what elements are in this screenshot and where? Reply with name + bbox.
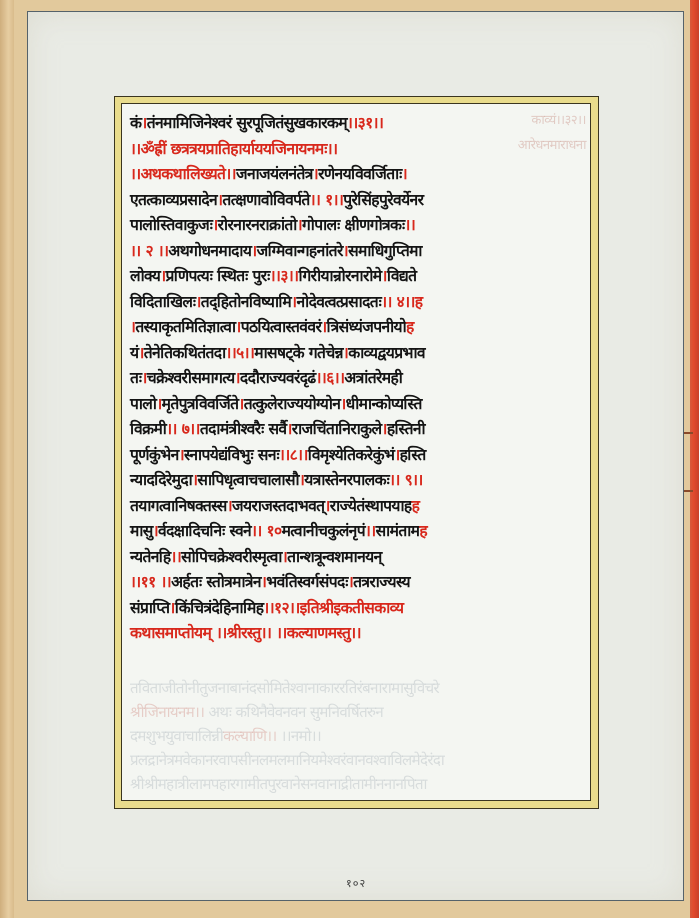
red-page-edge: [690, 0, 699, 918]
rubric-segment: ।।३१।।: [347, 114, 383, 132]
text-segment: स्नापयेद्यंविभुः सनः: [184, 446, 279, 464]
text-segment: भवंतिस्वर्गसंपदः: [266, 573, 348, 591]
showthrough-line: श्रीश्रीमहात्रीलामपहारगामीतपुरवानेसनवाना…: [130, 772, 584, 796]
showthrough-segment: दमशुभयुवाचालिन्नी: [130, 727, 223, 745]
rubric-segment: ।।११ ।।: [130, 573, 171, 591]
rubric-segment: ।।कल्याणमस्तु।।: [276, 624, 361, 642]
manuscript-text: कं।तंनमामिजिनेश्वरं सुरपूजितंसुखकारकम्।।…: [130, 111, 584, 647]
text-line: पूर्णकुंभेन।स्नापयेद्यंविभुः सनः।।८।।विम…: [130, 443, 584, 469]
showthrough-segment: श्रीजिनायनम।।: [130, 703, 204, 721]
rubric-segment: ।।१२।।: [263, 599, 299, 617]
text-line: मासु।र्वदक्षादिचनिः स्वने।। १०मत्वानीचकु…: [130, 519, 584, 545]
text-segment: जग्मिवान्गहनांतरे: [257, 242, 343, 260]
text-segment: समाधिगुप्तिमा: [348, 242, 422, 260]
rubric-segment: ।।: [405, 216, 416, 234]
text-segment: धीमान्कोप्यस्ति: [346, 395, 422, 413]
text-segment: सापिधृत्वाचचालासौ: [197, 471, 299, 489]
rubric-segment: ।। १०: [251, 522, 281, 540]
showthrough-line: दमशुभयुवाचालिन्नीकल्याणि।। ।।नमो।।: [130, 724, 584, 748]
text-segment: गोपालः क्षीणगोत्रकः: [302, 216, 405, 234]
text-segment: सोपिचक्रेश्वरीस्मृत्वा: [181, 548, 282, 566]
text-line: ।। २ ।।अथगोधनमादाय।जग्मिवान्गहनांतरे।समा…: [130, 239, 584, 265]
text-panel-frame: काव्यं।।३२।। आरेधनमाराधना कं।तंनमामिजिने…: [114, 96, 599, 809]
text-line: न्यतेनहि।।सोपिचक्रेश्वरीस्मृत्वा।तान्शत्…: [130, 545, 584, 571]
showthrough-text: तविताजीतोनीतुजनाबानंदसोमितेश्वानाकाररतिर…: [130, 676, 584, 796]
showthrough-line: प्रलद्रानेत्रमवेकानरवापसीनलमलमानियमेश्वर…: [130, 748, 584, 772]
text-panel: काव्यं।।३२।। आरेधनमाराधना कं।तंनमामिजिने…: [121, 103, 591, 801]
text-line: न्याददिरेमुदा।सापिधृत्वाचचालासौ।यत्रास्त…: [130, 468, 584, 494]
showthrough-segment: श्रीश्रीमहात्रीलामपहारगामीतपुरवानेसनवाना…: [130, 775, 427, 793]
rubric-segment: ।।८।।: [279, 446, 308, 464]
rubric-segment: इतिश्रीइकतीसकाव्य: [300, 599, 404, 617]
text-line: लोक्य।प्रणिपत्यः स्थितः पुरः।।३।।गिरीयान…: [130, 264, 584, 290]
text-segment: राज्येतंस्थापयाह: [330, 497, 412, 515]
rubric-segment: ।। ७।।: [166, 420, 200, 438]
rubric-segment: ह: [412, 497, 420, 515]
text-segment: काव्यद्वयप्रभाव: [348, 344, 425, 362]
text-segment: नोदेवत्वत्प्रसादतः: [296, 293, 381, 311]
text-segment: किंचित्रंदेहिनामिह: [175, 599, 264, 617]
rubric-segment: ह: [419, 522, 427, 540]
text-segment: ददौराज्यवरंदृढं: [240, 369, 316, 387]
text-segment: रोरनारनराक्रांतो: [218, 216, 297, 234]
text-segment: मासषट्के गतेचेन्न: [254, 344, 343, 362]
rubric-segment: ।।अथकथालिख्यते।।: [130, 165, 236, 183]
text-line: एतत्काव्यप्रसादेन।तत्क्षणावोविवर्पते।। १…: [130, 188, 584, 214]
text-segment: हस्तिनी: [387, 420, 425, 438]
text-line: विक्रमी।। ७।।तदामंत्रीश्वरैः सर्वै।राजचि…: [130, 417, 584, 443]
showthrough-segment: ।।नमो।।: [277, 727, 322, 745]
text-line: तः।चक्रेश्वरीसमागत्य।ददौराज्यवरंदृढं।।६।…: [130, 366, 584, 392]
text-segment: मृतेपुत्रविवर्जिते: [162, 395, 239, 413]
rubric-segment: ।। ९।।: [389, 471, 423, 489]
text-segment: गिरीयान्रोरनारोमे: [298, 267, 381, 285]
text-segment: जयराजस्तदाभवत्: [232, 497, 324, 515]
text-segment: तत्क्षणावोविवर्पते: [222, 191, 309, 209]
text-segment: राजचिंतानिराकुले: [292, 420, 382, 438]
rubric-segment: ।।: [171, 548, 182, 566]
text-segment: विमृश्येतिकरेकुंभं: [308, 446, 395, 464]
text-segment: र्वदक्षादिचनिः स्वने: [158, 522, 251, 540]
showthrough-line: तविताजीतोनीतुजनाबानंदसोमितेश्वानाकाररतिर…: [130, 676, 584, 700]
text-segment: अर्हतः स्तोत्रमात्रेन: [171, 573, 261, 591]
rubric-segment: ।। ४।।ह: [381, 293, 422, 311]
text-segment: न्यतेनहि: [130, 548, 171, 566]
text-segment: पूर्णकुंभेन: [130, 446, 179, 464]
text-segment: तद्हितोनविष्यामि: [201, 293, 291, 311]
showthrough-segment: अथः कथिनैवेवनवन सुमनिवर्षितरुन: [204, 703, 383, 721]
text-segment: तान्शत्रून्वशमानयन्: [287, 548, 381, 566]
text-line: ।।अथकथालिख्यते।।जनाजयंलनंतेत्र।रणेनयविवर…: [130, 162, 584, 188]
binding-thread-mark: [683, 432, 693, 434]
text-segment: मासु: [130, 522, 153, 540]
text-segment: हस्ति: [400, 446, 426, 464]
text-segment: सामंताम: [376, 522, 420, 540]
rubric-segment: ।।५।।: [226, 344, 255, 362]
text-line: संप्राप्ति।किंचित्रंदेहिनामिह।।१२।।इतिश्…: [130, 596, 584, 622]
text-line: ।तस्याकृतमितिज्ञात्वा।पठयित्वास्तवंवरं।त…: [130, 315, 584, 341]
text-segment: चक्रेश्वरीसमागत्य: [147, 369, 235, 387]
text-line: विदिताखिलः।तद्हितोनविष्यामि।नोदेवत्वत्प्…: [130, 290, 584, 316]
text-line: कं।तंनमामिजिनेश्वरं सुरपूजितंसुखकारकम्।।…: [130, 111, 584, 137]
text-segment: मत्वानीचकुलंनृपं: [282, 522, 365, 540]
rubric-segment: ह: [406, 318, 414, 336]
showthrough-segment: प्रलद्रानेत्रमवेकानरवापसीनलमलमानियमेश्वर…: [130, 751, 444, 769]
text-segment: अत्रांतरेमही: [344, 369, 402, 387]
text-segment: पालोस्तिवाकुजः: [130, 216, 212, 234]
text-segment: तंनमामिजिनेश्वरं सुरपूजितंसुखकारकम्: [147, 114, 347, 132]
text-segment: पुरेसिंहपुरेवर्येनर: [343, 191, 423, 209]
text-segment: जनाजयंलनंतेत्र: [236, 165, 313, 183]
text-segment: संप्राप्ति: [130, 599, 169, 617]
text-line: यं।तेनेतिकथितंतदा।।५।।मासषट्के गतेचेन्न।…: [130, 341, 584, 367]
rubric-segment: ।।ॐह्रीं छत्रत्रयप्रातिहार्याययजिनायनमः।…: [130, 140, 337, 158]
text-line: ।।११ ।।अर्हतः स्तोत्रमात्रेन।भवंतिस्वर्ग…: [130, 570, 584, 596]
text-line: पालो।मृतेपुत्रविवर्जिते।तत्कुलेराज्ययोग्…: [130, 392, 584, 418]
rubric-segment: ।। १।।: [310, 191, 344, 209]
showthrough-line: श्रीजिनायनम।। अथः कथिनैवेवनवन सुमनिवर्षि…: [130, 700, 584, 724]
binding-thread-mark: [683, 490, 693, 492]
text-segment: लोक्य: [130, 267, 160, 285]
text-segment: तेनेतिकथितंतदा: [144, 344, 226, 362]
text-segment: तः: [130, 369, 141, 387]
rubric-segment: ।: [402, 165, 407, 183]
rubric-segment: ।।: [365, 522, 376, 540]
text-segment: तत्रराज्यस्य: [353, 573, 410, 591]
page-number: १०२: [346, 876, 366, 891]
rubric-segment: ।। २ ।।: [130, 242, 168, 260]
text-segment: अथगोधनमादाय: [168, 242, 251, 260]
text-segment: तयागत्वानिषक्तस्स: [130, 497, 227, 515]
text-segment: तत्कुलेराज्ययोग्योन: [244, 395, 341, 413]
text-segment: एतत्काव्यप्रसादेन: [130, 191, 217, 209]
text-segment: पठयित्वास्तवंवरं: [241, 318, 322, 336]
text-segment: रणेनयविवर्जिताः: [318, 165, 402, 183]
text-segment: कं: [130, 114, 141, 132]
showthrough-segment: कल्याणि।।: [223, 727, 276, 745]
text-line: कथासमाप्तोयम् ।।श्रीरस्तु।। ।।कल्याणमस्त…: [130, 621, 584, 647]
text-segment: तदामंत्रीश्वरैः सर्वै: [200, 420, 287, 438]
text-line: पालोस्तिवाकुजः।रोरनारनराक्रांतो।गोपालः क…: [130, 213, 584, 239]
text-segment: न्याददिरेमुदा: [130, 471, 192, 489]
text-segment: पालो: [130, 395, 156, 413]
text-line: ।।ॐह्रीं छत्रत्रयप्रातिहार्याययजिनायनमः।…: [130, 137, 584, 163]
mount-edge: [0, 0, 14, 918]
text-segment: विद्यते: [387, 267, 417, 285]
text-segment: विदिताखिलः: [130, 293, 195, 311]
rubric-segment: ।।३।।: [270, 267, 299, 285]
text-line: तयागत्वानिषक्तस्स।जयराजस्तदाभवत्।राज्येत…: [130, 494, 584, 520]
text-segment: तस्याकृतमितिज्ञात्वा: [135, 318, 235, 336]
text-segment: त्रिसंध्यंजपनीयो: [327, 318, 407, 336]
text-segment: यत्रास्तेनरपालकः: [304, 471, 389, 489]
rubric-segment: ।।६।।: [316, 369, 345, 387]
text-segment: विक्रमी: [130, 420, 166, 438]
rubric-segment: कथासमाप्तोयम्: [130, 624, 211, 642]
showthrough-segment: तविताजीतोनीतुजनाबानंदसोमितेश्वानाकाररतिर…: [130, 679, 439, 697]
rubric-segment: ।।श्रीरस्तु।।: [211, 624, 276, 642]
text-segment: प्रणिपत्यः स्थितः पुरः: [166, 267, 270, 285]
